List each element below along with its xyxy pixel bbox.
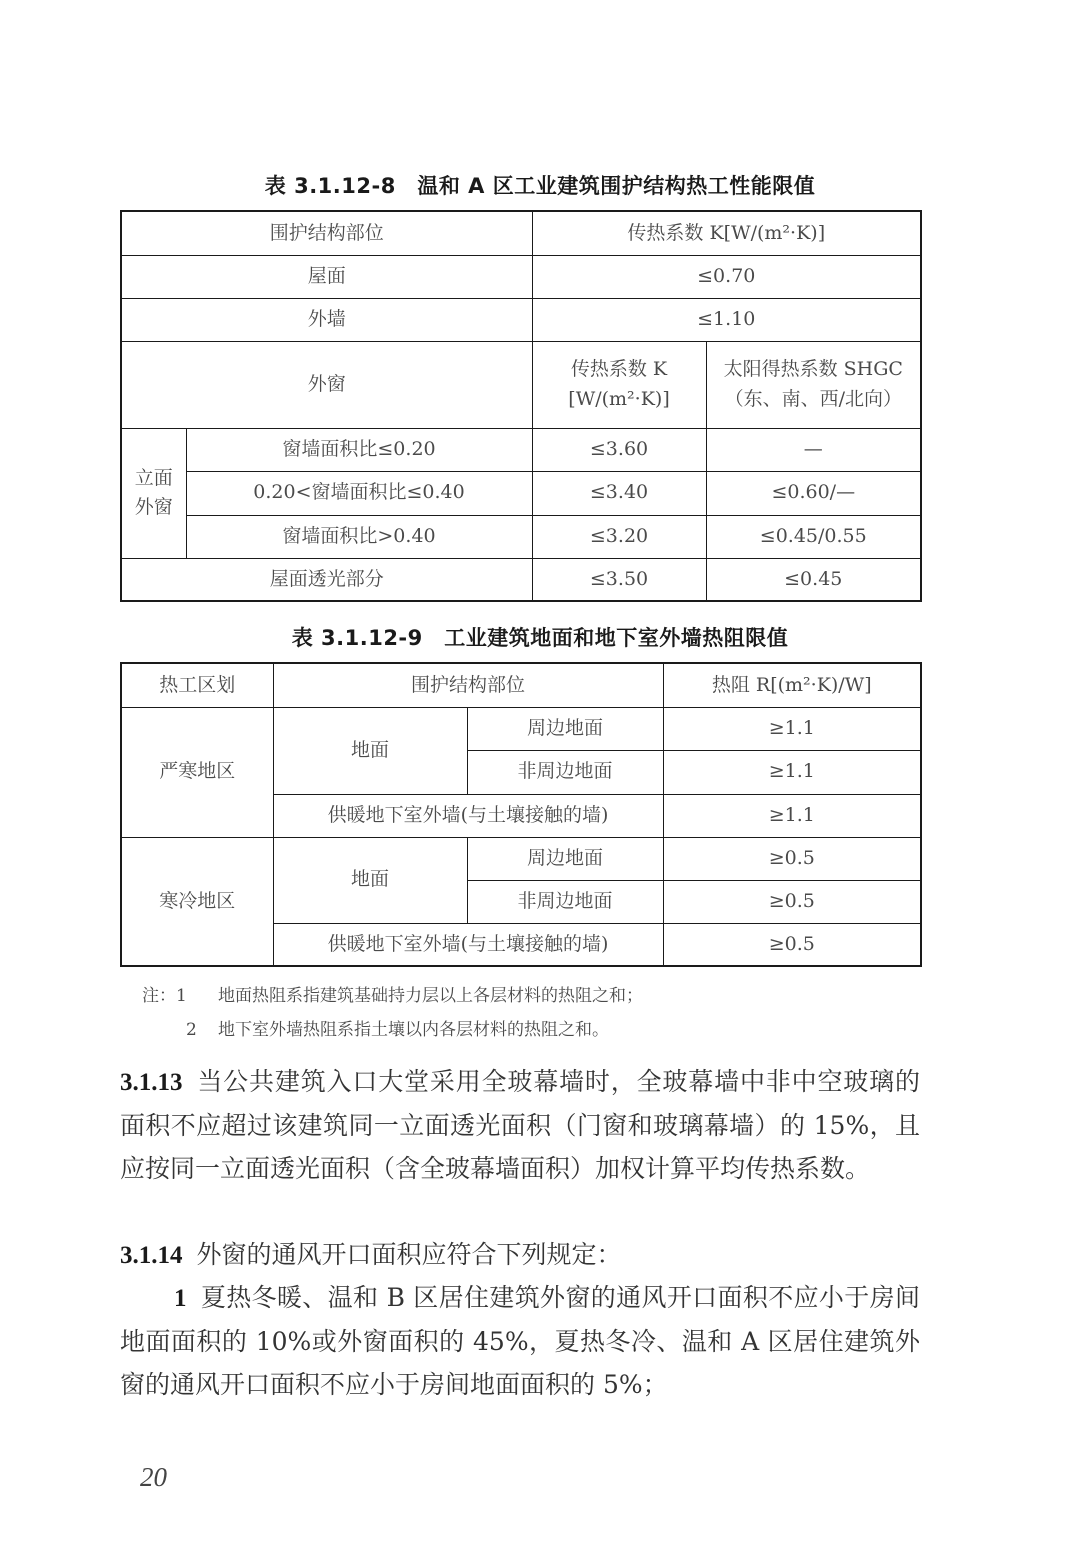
note-text: 地面热阻系指建筑基础持力层以上各层材料的热阻之和；	[218, 986, 643, 1006]
clause-number: 3.1.13	[120, 1069, 183, 1096]
clause-number: 3.1.14	[120, 1242, 183, 1269]
row-wall-part: 外墙	[121, 298, 532, 341]
facade-row-shgc: ≤0.45/0.55	[706, 515, 921, 558]
clause-text: 外窗的通风开口面积应符合下列规定：	[197, 1240, 622, 1269]
perimeter-ground: 周边地面	[467, 837, 663, 880]
non-perimeter-ground: 非周边地面	[467, 880, 663, 923]
row-roof-k: ≤0.70	[532, 255, 921, 298]
roof-skylight-k: ≤3.50	[532, 558, 706, 601]
heated-basement-wall: 供暖地下室外墙(与土壤接触的墙)	[273, 923, 663, 966]
note-prefix: 注：1	[142, 981, 218, 1006]
header-part: 围护结构部位	[273, 663, 663, 707]
window-header-k-line1: 传热系数 K	[533, 355, 706, 384]
header-k: 传热系数 K[W/(m²·K)]	[532, 211, 921, 255]
note-text: 地下室外墙热阻系指土壤以内各层材料的热阻之和。	[218, 1020, 609, 1040]
window-header-part: 外窗	[121, 341, 532, 428]
row-wall-k: ≤1.10	[532, 298, 921, 341]
zone-severe-cold: 严寒地区	[121, 707, 273, 837]
perimeter-ground: 周边地面	[467, 707, 663, 750]
facade-window-group: 立面 外窗	[121, 428, 186, 558]
facade-row-k: ≤3.20	[532, 515, 706, 558]
window-header-shgc-line2: （东、南、西/北向）	[707, 385, 921, 414]
header-r: 热阻 R[(m²·K)/W]	[663, 663, 921, 707]
table-note-1: 注：1地面热阻系指建筑基础持力层以上各层材料的热阻之和；	[142, 981, 643, 1006]
header-part: 围护结构部位	[121, 211, 532, 255]
table-ground-basement-resistance: 热工区划 围护结构部位 热阻 R[(m²·K)/W] 严寒地区 地面 周边地面 …	[120, 662, 922, 967]
clause-3-1-14: 3.1.14外窗的通风开口面积应符合下列规定：	[120, 1233, 920, 1277]
clause-3-1-14-item-1: 1夏热冬暖、温和 B 区居住建筑外窗的通风开口面积不应小于房间地面面积的 10%…	[120, 1276, 920, 1406]
row-roof-part: 屋面	[121, 255, 532, 298]
heated-basement-wall-r: ≥1.1	[663, 794, 921, 837]
zone-cold: 寒冷地区	[121, 837, 273, 966]
non-perimeter-ground-r: ≥0.5	[663, 880, 921, 923]
page-number: 20	[140, 1462, 167, 1493]
facade-row-ratio: 窗墙面积比≤0.20	[186, 428, 532, 471]
window-header-k: 传热系数 K [W/(m²·K)]	[532, 341, 706, 428]
header-zone: 热工区划	[121, 663, 273, 707]
facade-row-ratio: 窗墙面积比>0.40	[186, 515, 532, 558]
window-header-k-line2: [W/(m²·K)]	[533, 385, 706, 414]
table-note-2: 2地下室外墙热阻系指土壤以内各层材料的热阻之和。	[186, 1015, 609, 1040]
facade-row-ratio: 0.20<窗墙面积比≤0.40	[186, 471, 532, 515]
clause-text: 当公共建筑入口大堂采用全玻幕墙时，全玻幕墙中非中空玻璃的面积不应超过该建筑同一立…	[120, 1067, 920, 1183]
ground-label: 地面	[273, 707, 467, 794]
facade-row-shgc: ≤0.60/—	[706, 471, 921, 515]
ground-label: 地面	[273, 837, 467, 923]
non-perimeter-ground: 非周边地面	[467, 750, 663, 794]
table-thermal-limits-mild-a: 围护结构部位 传热系数 K[W/(m²·K)] 屋面 ≤0.70 外墙 ≤1.1…	[120, 210, 922, 602]
roof-skylight-shgc: ≤0.45	[706, 558, 921, 601]
facade-row-k: ≤3.40	[532, 471, 706, 515]
table-caption-3-1-12-8: 表 3.1.12-8 温和 A 区工业建筑围护结构热工性能限值	[0, 170, 1080, 200]
facade-group-label-1: 立面	[122, 464, 186, 493]
table-caption-3-1-12-9: 表 3.1.12-9 工业建筑地面和地下室外墙热阻限值	[0, 622, 1080, 652]
item-text: 夏热冬暖、温和 B 区居住建筑外窗的通风开口面积不应小于房间地面面积的 10%或…	[120, 1283, 920, 1399]
facade-group-label-2: 外窗	[122, 493, 186, 522]
clause-3-1-13: 3.1.13当公共建筑入口大堂采用全玻幕墙时，全玻幕墙中非中空玻璃的面积不应超过…	[120, 1060, 920, 1190]
heated-basement-wall-r: ≥0.5	[663, 923, 921, 966]
non-perimeter-ground-r: ≥1.1	[663, 750, 921, 794]
perimeter-ground-r: ≥1.1	[663, 707, 921, 750]
roof-skylight-part: 屋面透光部分	[121, 558, 532, 601]
heated-basement-wall: 供暖地下室外墙(与土壤接触的墙)	[273, 794, 663, 837]
note-prefix: 2	[186, 1020, 218, 1040]
item-number: 1	[174, 1285, 187, 1312]
perimeter-ground-r: ≥0.5	[663, 837, 921, 880]
facade-row-k: ≤3.60	[532, 428, 706, 471]
window-header-shgc: 太阳得热系数 SHGC （东、南、西/北向）	[706, 341, 921, 428]
window-header-shgc-line1: 太阳得热系数 SHGC	[707, 355, 921, 384]
facade-row-shgc: —	[706, 428, 921, 471]
